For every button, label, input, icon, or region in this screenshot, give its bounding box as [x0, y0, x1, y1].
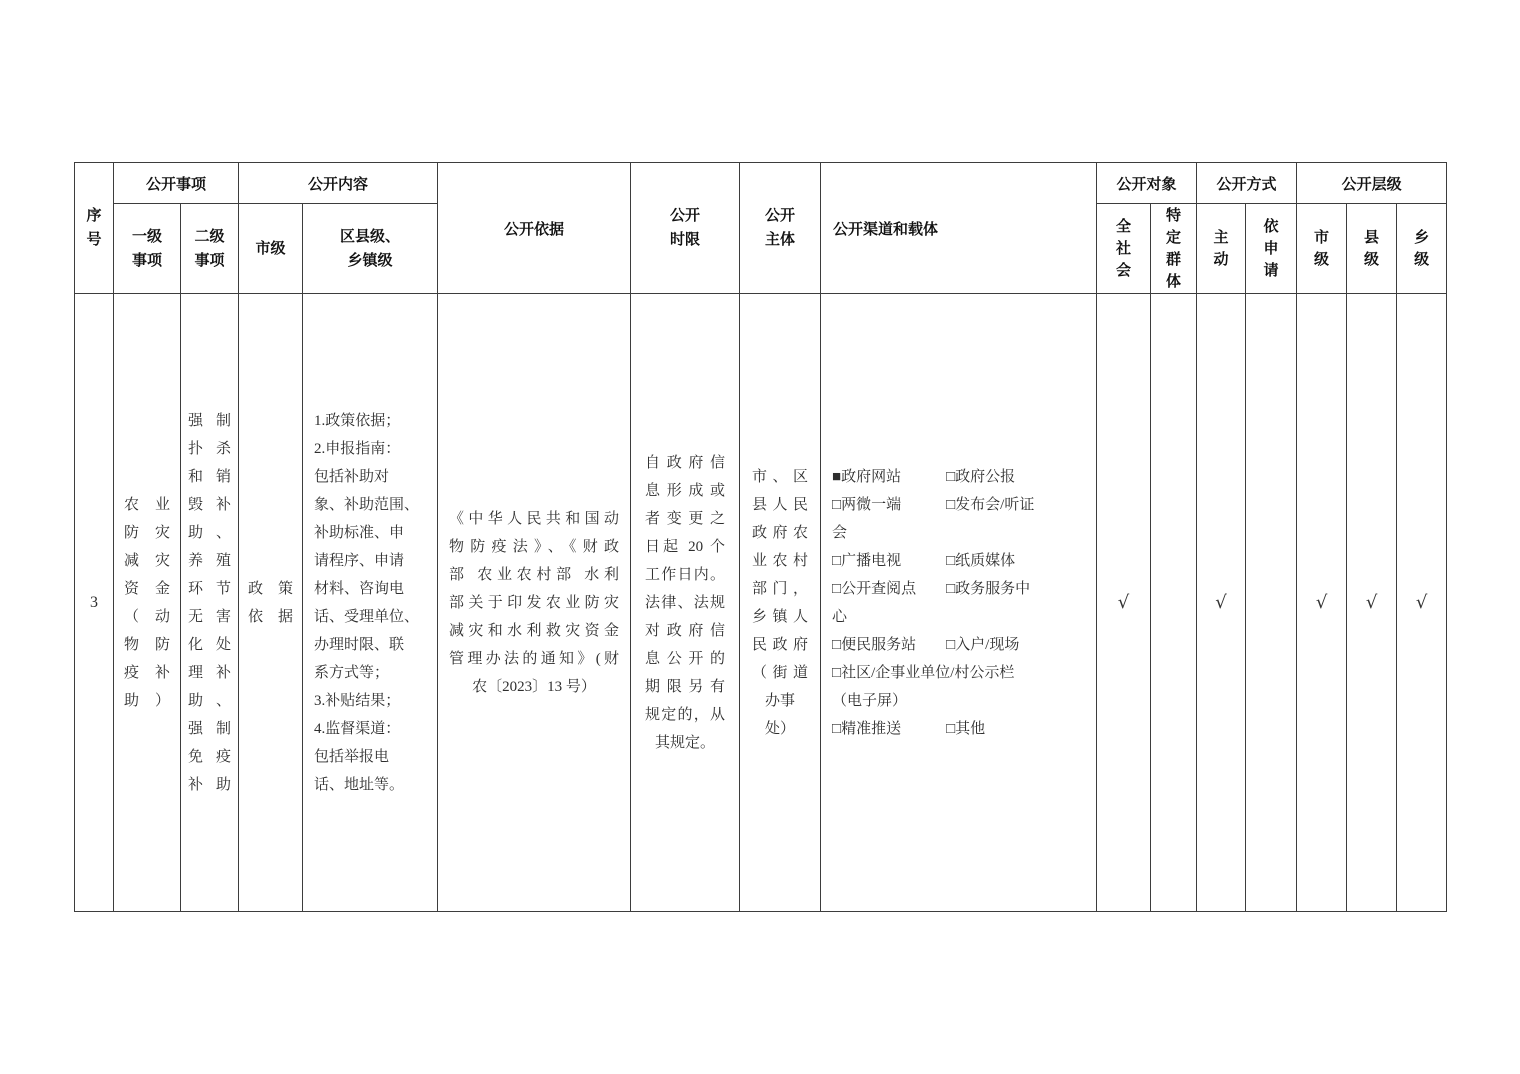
header-cell-disclosure-subject: 公开主体	[740, 163, 821, 294]
text-line: 乡	[1397, 227, 1446, 249]
text-line: 乡镇人	[752, 603, 808, 631]
text-line: 依据	[248, 603, 293, 631]
header-cell-proactive: 主动	[1197, 204, 1246, 294]
header-cell-matter-level1: 一级事项	[114, 204, 181, 294]
header-group-disclosure-audience: 公开对象	[1097, 163, 1197, 204]
body-cell-mark-upon-request	[1246, 294, 1297, 912]
header-cell-label: 公开渠道和载体	[833, 221, 938, 238]
cell-lines: 《中华人民共和国动物防疫法》、《财政部 农业农村部 水利部关于印发农业防灾减灾和…	[438, 505, 630, 701]
data-row: 3 农业防灾减灾资金（动物防疫补助） 强制扑杀和销毁补助、养殖环节无害化处理补助…	[75, 294, 1447, 912]
body-cell-mark-level-city: √	[1297, 294, 1347, 912]
text-line: 市级	[239, 237, 302, 261]
header-group-label: 公开事项	[146, 176, 206, 193]
text-line: 4.监督渠道：	[314, 715, 426, 743]
text-line: 民政府	[752, 631, 808, 659]
text-line: 处）	[752, 715, 808, 743]
text-line: 时限	[631, 228, 739, 252]
text-line: 部 农业农村部 水利	[449, 561, 619, 589]
text-line: 包括补助对	[314, 463, 426, 491]
text-line: 材料、咨询电	[314, 575, 426, 603]
body-cell-mark-all-society: √	[1097, 294, 1151, 912]
text-line: 会	[1097, 260, 1150, 282]
checkmark: √	[1118, 592, 1129, 613]
text-line: 县	[1347, 227, 1396, 249]
text-line: □社区/企事业单位/村公示栏	[832, 659, 1084, 687]
text-line: 申	[1246, 238, 1296, 260]
text-line: 减灾	[124, 547, 170, 575]
text-line: 业农村	[752, 547, 808, 575]
text-line: 防灾	[124, 519, 170, 547]
text-line: 物防疫法》、《财政	[449, 533, 619, 561]
header-cell-city-level: 市级	[239, 204, 303, 294]
text-line: 免疫	[188, 743, 231, 771]
cell-lines: 乡级	[1397, 227, 1446, 271]
text-line: 象、补助范围、	[314, 491, 426, 519]
header-cell-disclosure-channels: 公开渠道和载体	[821, 163, 1097, 294]
body-cell-subject: 市、区县人民政府农业农村部门，乡镇人民政府（街道办事处）	[740, 294, 821, 912]
cell-lines: 政策依据	[239, 575, 302, 631]
text-line: 心	[832, 603, 1084, 631]
text-line: 县人民	[752, 491, 808, 519]
body-cell-time-limit: 自政府信息形成或者变更之日起 20 个工作日内。法律、法规对政府信息公开的期限另…	[631, 294, 740, 912]
text-line: 强制	[188, 715, 231, 743]
header-group-label: 公开对象	[1117, 176, 1177, 193]
body-cell-channels: ■政府网站 □政府公报□两微一端 □发布会/听证会□广播电视 □纸质媒体□公开查…	[821, 294, 1097, 912]
text-line: 自政府信	[645, 449, 725, 477]
text-line: □广播电视 □纸质媒体	[832, 547, 1084, 575]
text-line: 特	[1151, 205, 1196, 227]
cell-lines: 农业防灾减灾资金（动物防疫补助）	[114, 491, 180, 715]
text-line: 扑杀	[188, 435, 231, 463]
text-line: ■政府网站 □政府公报	[832, 463, 1084, 491]
header-cell-serial: 序号	[75, 163, 114, 294]
text-line: 公开	[740, 204, 820, 228]
text-line: 办事	[752, 687, 808, 715]
header-cell-matter-level2: 二级事项	[181, 204, 239, 294]
text-line: 无害	[188, 603, 231, 631]
text-line: □精准推送 □其他	[832, 715, 1084, 743]
text-line: 乡镇级	[303, 249, 437, 273]
text-line: 毁补	[188, 491, 231, 519]
cell-lines: 序号	[75, 204, 113, 252]
text-line: 事项	[114, 249, 180, 273]
text-line: 社	[1097, 238, 1150, 260]
text-line: 物防	[124, 631, 170, 659]
header-cell-level-township: 乡级	[1397, 204, 1447, 294]
checkmark: √	[1416, 592, 1427, 613]
text-line: 补助	[188, 771, 231, 799]
header-group-label: 公开内容	[308, 176, 368, 193]
body-cell-basis: 《中华人民共和国动物防疫法》、《财政部 农业农村部 水利部关于印发农业防灾减灾和…	[438, 294, 631, 912]
text-line: 和销	[188, 463, 231, 491]
body-cell-serial: 3	[75, 294, 114, 912]
header-group-label: 公开层级	[1342, 176, 1402, 193]
text-line: 助、	[188, 519, 231, 547]
text-line: 市、区	[752, 463, 808, 491]
text-line: 管理办法的通知》(财	[449, 645, 619, 673]
text-line: （街道	[752, 659, 808, 687]
cell-lines: 一级事项	[114, 225, 180, 273]
text-line: 办理时限、联	[314, 631, 426, 659]
header-group-disclosure-level: 公开层级	[1297, 163, 1447, 204]
text-line: 强制	[188, 407, 231, 435]
text-line: 政府农	[752, 519, 808, 547]
text-line: 理补	[188, 659, 231, 687]
body-cell-county-township-content: 1.政策依据；2.申报指南：包括补助对象、补助范围、补助标准、申请程序、申请材料…	[303, 294, 438, 912]
text-line: 定	[1151, 227, 1196, 249]
text-line: 序	[75, 204, 113, 228]
header-cell-specific-groups: 特定群体	[1151, 204, 1197, 294]
text-line: 体	[1151, 271, 1196, 293]
disclosure-table: 序号 公开事项 公开内容 公开依据 公开时限 公开主体 公开渠道和载体 公开对象	[74, 162, 1447, 912]
cell-lines: 强制扑杀和销毁补助、养殖环节无害化处理补助、强制免疫补助	[181, 407, 238, 799]
cell-lines: 市级	[1297, 227, 1346, 271]
text-line: 法律、法规	[645, 589, 725, 617]
cell-lines: 公开时限	[631, 204, 739, 252]
checkmark: √	[1366, 592, 1377, 613]
document-page: 序号 公开事项 公开内容 公开依据 公开时限 公开主体 公开渠道和载体 公开对象	[0, 0, 1520, 1074]
text-line: □两微一端 □发布会/听证	[832, 491, 1084, 519]
text-line: □便民服务站 □入户/现场	[832, 631, 1084, 659]
header-group-disclosure-matters: 公开事项	[114, 163, 239, 204]
cell-lines: 市、区县人民政府农业农村部门，乡镇人民政府（街道办事处）	[740, 463, 820, 743]
cell-lines: 特定群体	[1151, 205, 1196, 293]
text-line: 话、受理单位、	[314, 603, 426, 631]
text-line: 请	[1246, 260, 1296, 282]
text-line: 补助标准、申	[314, 519, 426, 547]
text-line: 话、地址等。	[314, 771, 426, 799]
cell-lines: 全社会	[1097, 216, 1150, 282]
text-line: 会	[832, 519, 1084, 547]
text-line: 全	[1097, 216, 1150, 238]
text-line: 级	[1397, 249, 1446, 271]
checkmark: √	[1316, 592, 1327, 613]
text-line: 事项	[181, 249, 238, 273]
text-line: 化处	[188, 631, 231, 659]
header-cell-disclosure-time-limit: 公开时限	[631, 163, 740, 294]
channel-checkbox-lines: ■政府网站 □政府公报□两微一端 □发布会/听证会□广播电视 □纸质媒体□公开查…	[821, 463, 1096, 743]
text-line: 包括举报电	[314, 743, 426, 771]
body-cell-matter-level2: 强制扑杀和销毁补助、养殖环节无害化处理补助、强制免疫补助	[181, 294, 239, 912]
text-line: 级	[1347, 249, 1396, 271]
text-line: 息公开的	[645, 645, 725, 673]
body-cell-mark-level-township: √	[1397, 294, 1447, 912]
text-line: 者变更之	[645, 505, 725, 533]
text-line: 日起 20 个	[645, 533, 725, 561]
body-cell-city-content: 政策依据	[239, 294, 303, 912]
cell-lines: 二级事项	[181, 225, 238, 273]
cell-lines: 区县级、乡镇级	[303, 225, 437, 273]
text-line: 政策	[248, 575, 293, 603]
cell-lines: 主动	[1197, 227, 1245, 271]
text-line: 请程序、申请	[314, 547, 426, 575]
cell-lines: 公开主体	[740, 204, 820, 252]
text-line: □公开查阅点 □政务服务中	[832, 575, 1084, 603]
text-line: 助、	[188, 687, 231, 715]
text-line: 息形成或	[645, 477, 725, 505]
text-line: 依	[1246, 216, 1296, 238]
text-line: 疫补	[124, 659, 170, 687]
cell-lines: 依申请	[1246, 216, 1296, 282]
text-line: 系方式等；	[314, 659, 426, 687]
text-line: 市	[1297, 227, 1346, 249]
text-line: 群	[1151, 249, 1196, 271]
text-line: 二级	[181, 225, 238, 249]
text-line: 工作日内。	[645, 561, 725, 589]
text-line: 2.申报指南：	[314, 435, 426, 463]
text-line: 1.政策依据；	[314, 407, 426, 435]
header-cell-level-city: 市级	[1297, 204, 1347, 294]
text-line: 部门，	[752, 575, 808, 603]
text-line: 3.补贴结果；	[314, 687, 426, 715]
header-cell-upon-request: 依申请	[1246, 204, 1297, 294]
text-line: 其规定。	[645, 729, 725, 757]
text-line: 减灾和水利救灾资金	[449, 617, 619, 645]
header-group-disclosure-content: 公开内容	[239, 163, 438, 204]
text-line: 一级	[114, 225, 180, 249]
text-line: 农〔2023〕13 号）	[449, 673, 619, 701]
text-line: 资金	[124, 575, 170, 603]
header-cell-county-township-level: 区县级、乡镇级	[303, 204, 438, 294]
cell-lines: 县级	[1347, 227, 1396, 271]
text-line: 助）	[124, 687, 170, 715]
header-cell-disclosure-basis: 公开依据	[438, 163, 631, 294]
text-line: 规定的，从	[645, 701, 725, 729]
header-group-disclosure-method: 公开方式	[1197, 163, 1297, 204]
text-line: 号	[75, 228, 113, 252]
text-line: 主	[1197, 227, 1245, 249]
cell-lines: 1.政策依据；2.申报指南：包括补助对象、补助范围、补助标准、申请程序、申请材料…	[303, 407, 437, 799]
text-line: 级	[1297, 249, 1346, 271]
text-line: 动	[1197, 249, 1245, 271]
header-cell-label: 公开依据	[504, 221, 564, 238]
header-group-label: 公开方式	[1217, 176, 1277, 193]
body-cell-mark-proactive: √	[1197, 294, 1246, 912]
text-line: 部关于印发农业防灾	[449, 589, 619, 617]
text-line: 养殖	[188, 547, 231, 575]
checkmark: √	[1215, 592, 1226, 613]
body-cell-mark-level-county: √	[1347, 294, 1397, 912]
text-line: 主体	[740, 228, 820, 252]
serial-number: 3	[90, 594, 98, 611]
text-line: （电子屏）	[832, 687, 1084, 715]
body-cell-mark-specific-groups	[1151, 294, 1197, 912]
header-cell-all-society: 全社会	[1097, 204, 1151, 294]
cell-lines: 市级	[239, 237, 302, 261]
text-line: 对政府信	[645, 617, 725, 645]
text-line: 环节	[188, 575, 231, 603]
header-group-row: 序号 公开事项 公开内容 公开依据 公开时限 公开主体 公开渠道和载体 公开对象	[75, 163, 1447, 204]
text-line: 《中华人民共和国动	[449, 505, 619, 533]
text-line: 公开	[631, 204, 739, 228]
cell-lines: 自政府信息形成或者变更之日起 20 个工作日内。法律、法规对政府信息公开的期限另…	[631, 449, 739, 757]
body-cell-matter-level1: 农业防灾减灾资金（动物防疫补助）	[114, 294, 181, 912]
header-cell-level-county: 县级	[1347, 204, 1397, 294]
text-line: 区县级、	[303, 225, 437, 249]
text-line: 期限另有	[645, 673, 725, 701]
text-line: （动	[124, 603, 170, 631]
text-line: 农业	[124, 491, 170, 519]
